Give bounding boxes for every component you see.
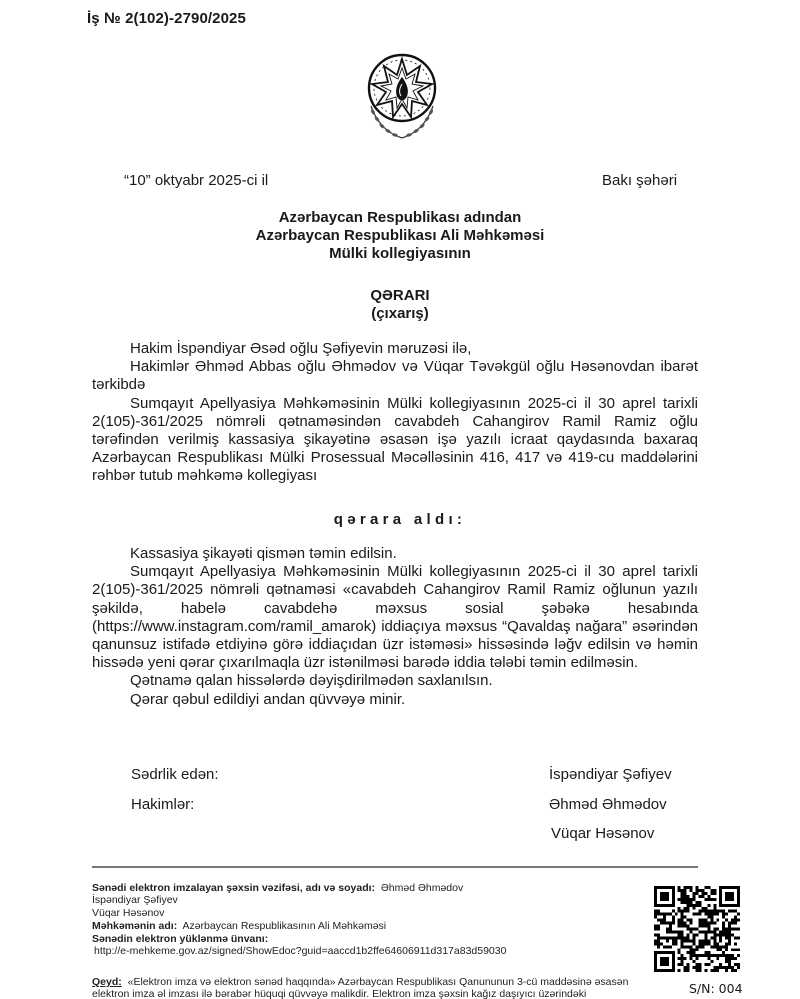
intro-paragraph-1: Hakim İspəndiyar Əsəd oğlu Şəfiyevin mər… — [92, 340, 698, 358]
legal-note: Qeyd: «Elektron imza və elektron sənəd h… — [92, 976, 644, 999]
judges-label: Hakimlər: — [131, 796, 194, 813]
footer-divider — [92, 866, 698, 868]
judge-name-2: Vüqar Həsənov — [551, 825, 654, 842]
decision-paragraph-1: Kassasiya şikayəti qismən təmin edilsin. — [92, 545, 698, 563]
url-label: Sənədin elektron yüklənmə ünvanı: — [92, 933, 268, 945]
intro-section: Hakim İspəndiyar Əsəd oğlu Şəfiyevin mər… — [92, 340, 698, 486]
case-number: İş № 2(102)-2790/2025 — [87, 10, 246, 27]
intro-paragraph-3: Sumqayıt Apellyasiya Məhkəməsinin Mülki … — [92, 395, 698, 486]
decision-date: “10” oktyabr 2025-ci il — [124, 172, 268, 189]
decision-section: Kassasiya şikayəti qismən təmin edilsin.… — [92, 545, 698, 709]
serial-number: S/N: 004 — [689, 981, 743, 996]
title-line-1: Azərbaycan Respublikası adından — [0, 209, 800, 227]
court-name: Azərbaycan Respublikasının Ali Məhkəməsi — [182, 920, 386, 932]
decision-heading: qərara aldı: — [0, 511, 800, 528]
signer-2: İspəndiyar Şəfiyev — [92, 894, 632, 906]
document-url[interactable]: http://e-mehkeme.gov.az/signed/ShowEdoc?… — [92, 945, 632, 957]
title-line-3: Mülki kollegiyasının — [0, 245, 800, 263]
note-text: «Elektron imza və elektron sənəd haqqınd… — [92, 976, 628, 999]
state-emblem-icon — [357, 46, 447, 146]
court-label: Məhkəmənin adı: — [92, 920, 177, 932]
note-label: Qeyd: — [92, 976, 122, 988]
presiding-label: Sədrlik edən: — [131, 766, 219, 783]
signature-info: Sənədi elektron imzalayan şəxsin vəzifəs… — [92, 882, 632, 958]
decision-city: Bakı şəhəri — [602, 172, 677, 189]
decision-paragraph-2: Sumqayıt Apellyasiya Məhkəməsinin Mülki … — [92, 563, 698, 672]
intro-paragraph-2: Hakimlər Əhməd Abbas oğlu Əhmədov və Vüq… — [92, 358, 698, 394]
decision-paragraph-4: Qərar qəbul edildiyi andan qüvvəyə minir… — [92, 691, 698, 709]
decision-paragraph-3: Qətnamə qalan hissələrdə dəyişdirilmədən… — [92, 672, 698, 690]
signer-3: Vüqar Həsənov — [92, 907, 632, 919]
qr-code-icon[interactable] — [654, 886, 740, 972]
title-line-2: Azərbaycan Respublikası Ali Məhkəməsi — [0, 227, 800, 245]
judge-name-1: Əhməd Əhmədov — [549, 796, 667, 813]
document-subtype: (çıxarış) — [0, 305, 800, 323]
document-type: QƏRARI — [0, 287, 800, 305]
signer-label: Sənədi elektron imzalayan şəxsin vəzifəs… — [92, 882, 375, 894]
presiding-name: İspəndiyar Şəfiyev — [549, 766, 672, 783]
signer-1: Əhməd Əhmədov — [381, 882, 463, 894]
